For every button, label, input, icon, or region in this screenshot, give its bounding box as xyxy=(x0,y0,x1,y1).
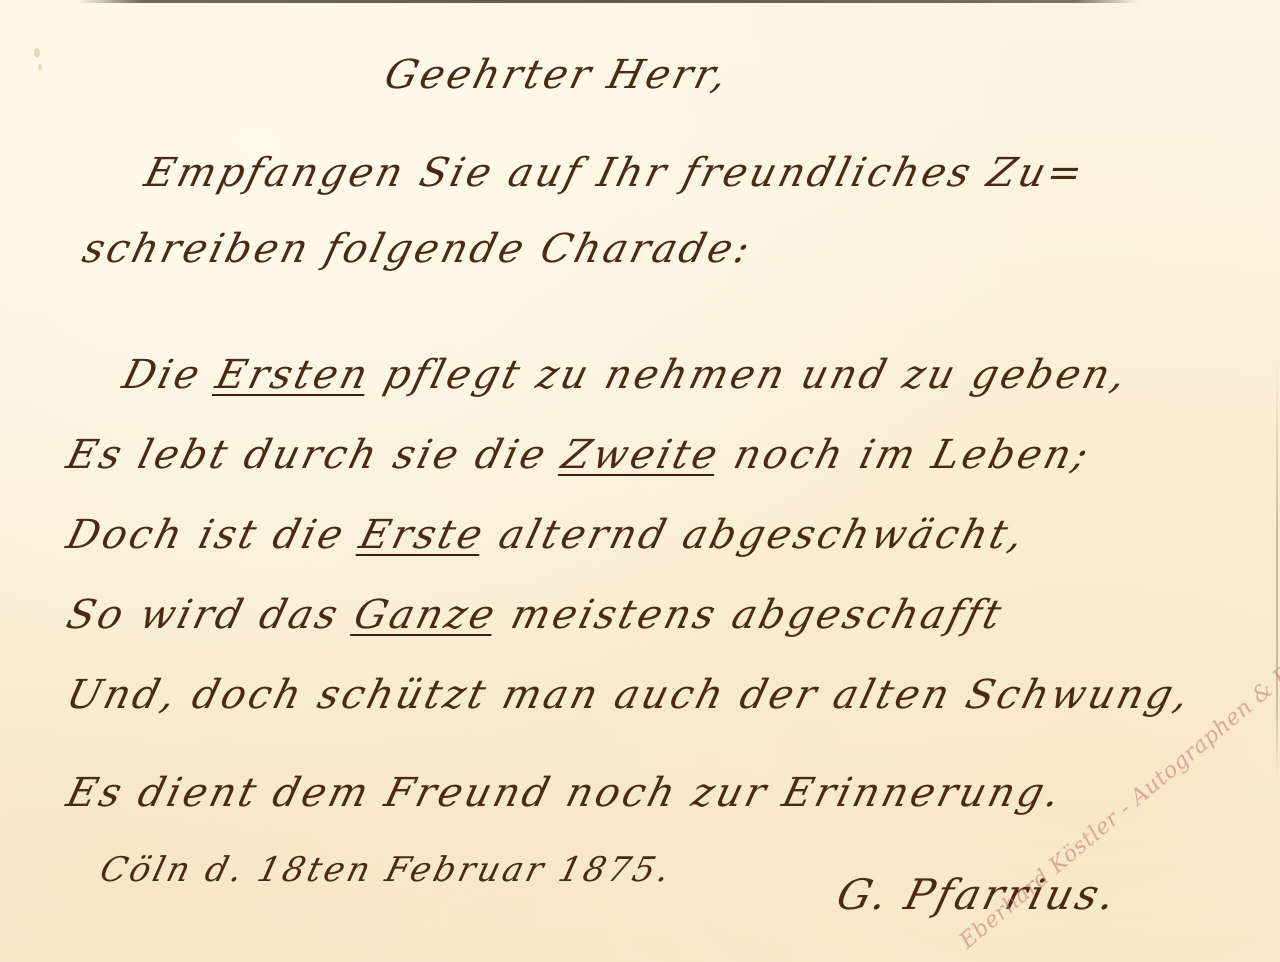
underlined-word: Zweite xyxy=(557,432,725,478)
verse-text: alternd abgeschwächt, xyxy=(479,512,1031,558)
intro-text: schreiben folgende Charade: xyxy=(78,226,757,272)
verse-text: Die xyxy=(118,352,223,398)
intro-text: Empfangen Sie auf Ihr freundliches Zu= xyxy=(140,150,1090,196)
verse-line-2: Es lebt durch sie die Zweite noch im Leb… xyxy=(62,432,1096,478)
intro-line-2: schreiben folgende Charade: xyxy=(78,226,757,272)
signature: G. Pfarrius. xyxy=(832,870,1123,919)
paper-top-edge xyxy=(78,0,1138,3)
underlined-word: Erste xyxy=(355,512,490,558)
intro-line-1: Empfangen Sie auf Ihr freundliches Zu= xyxy=(140,150,1090,196)
verse-line-6: Es dient dem Freund noch zur Erinnerung. xyxy=(62,770,1068,816)
underlined-word: Ganze xyxy=(349,592,502,638)
paper-right-edge xyxy=(1276,360,1278,780)
verse-text: meistens abgeschafft xyxy=(491,592,1009,638)
salutation-text: Geehrter Herr, xyxy=(380,52,734,98)
verse-line-4: So wird das Ganze meistens abgeschafft xyxy=(62,592,1009,638)
verse-text: pflegt zu nehmen und zu geben, xyxy=(364,352,1134,398)
verse-text: So wird das xyxy=(62,592,361,638)
verse-text: Und, doch schützt man auch der alten Sch… xyxy=(62,672,1196,718)
verse-line-3: Doch ist die Erste alternd abgeschwächt, xyxy=(62,512,1031,558)
foxing-spot xyxy=(34,48,40,58)
verse-text: Es lebt durch sie die xyxy=(62,432,569,478)
verse-line-5: Und, doch schützt man auch der alten Sch… xyxy=(62,672,1196,718)
place-date-text: Cöln d. 18ten Februar 1875. xyxy=(96,850,677,890)
underlined-word: Ersten xyxy=(211,352,375,398)
verse-line-1: Die Ersten pflegt zu nehmen und zu geben… xyxy=(118,352,1133,398)
signature-text: G. Pfarrius. xyxy=(832,870,1123,919)
salutation: Geehrter Herr, xyxy=(380,52,734,98)
place-and-date: Cöln d. 18ten Februar 1875. xyxy=(96,850,677,890)
letter-sheet: Geehrter Herr, Empfangen Sie auf Ihr fre… xyxy=(0,0,1280,962)
verse-text: noch im Leben; xyxy=(713,432,1095,478)
verse-text: Es dient dem Freund noch zur Erinnerung. xyxy=(62,770,1068,816)
verse-text: Doch ist die xyxy=(62,512,366,558)
foxing-spot xyxy=(38,64,42,70)
